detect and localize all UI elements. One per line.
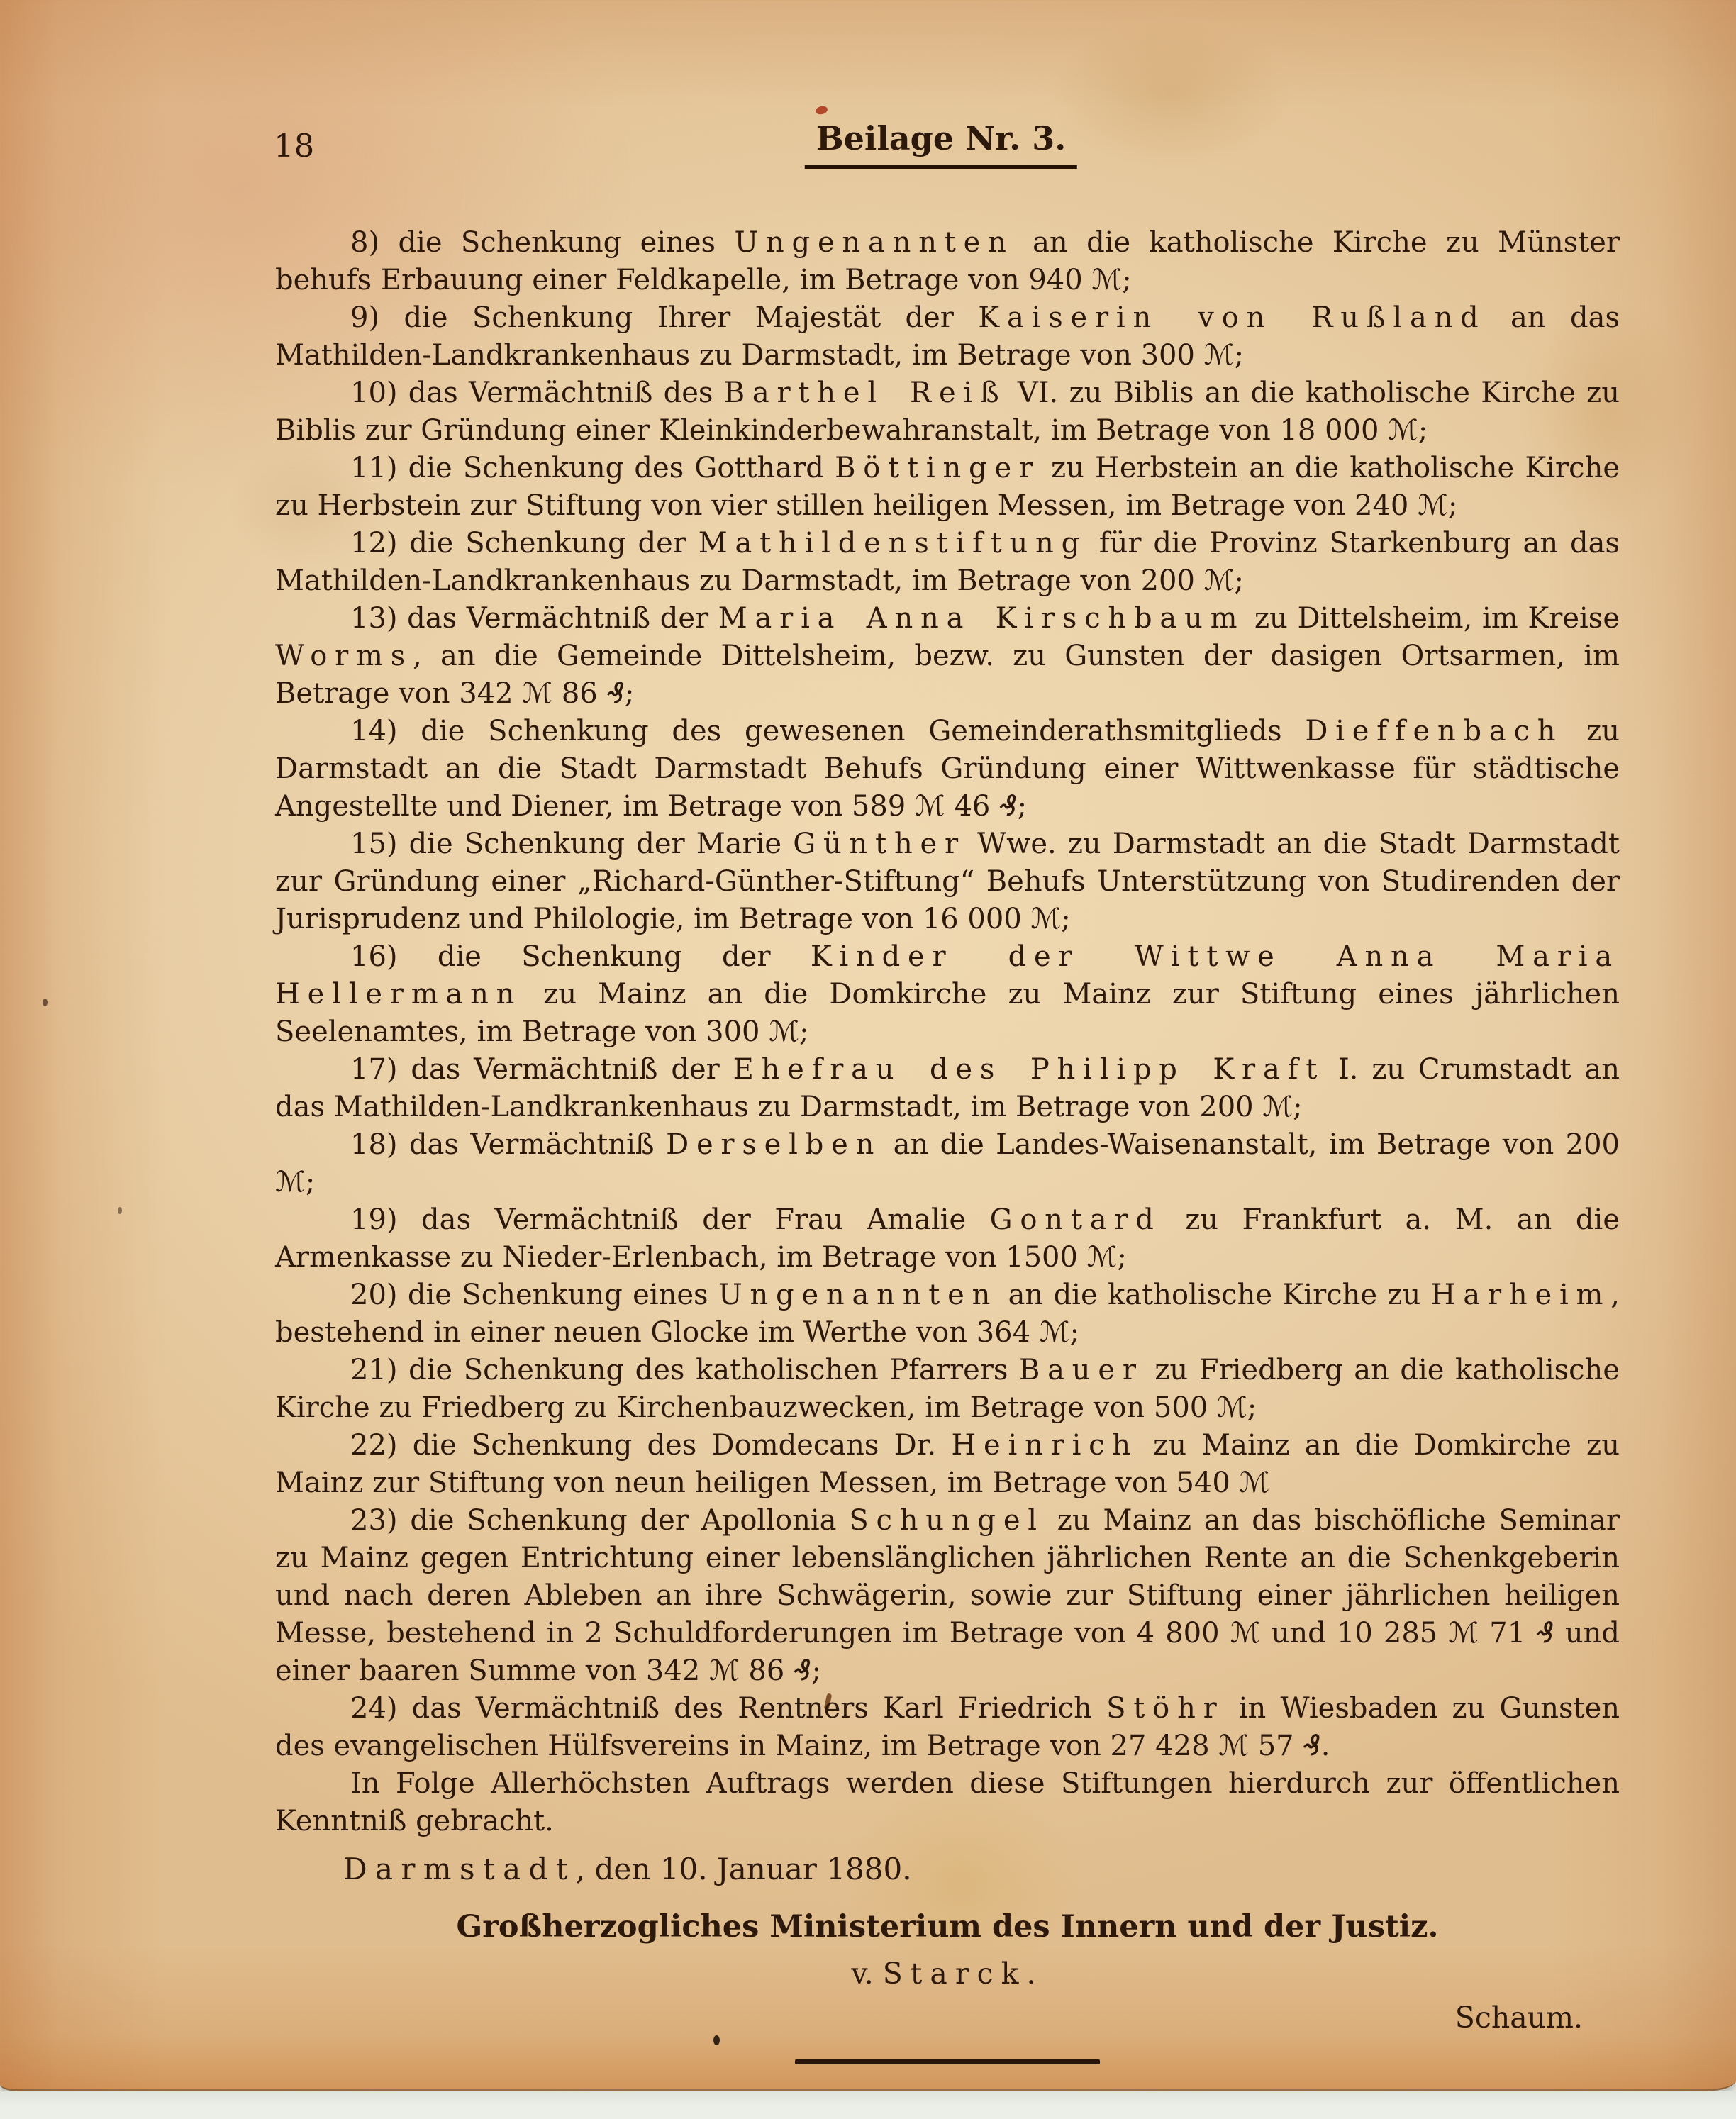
text-run: Kaiserin von Rußland: [978, 301, 1486, 334]
ministry-line: Großherzogliches Ministerium des Innern …: [275, 1909, 1620, 1945]
text-run: ℳ: [1448, 1617, 1479, 1650]
text-run: Günther: [793, 828, 966, 860]
text-run: 46: [945, 790, 999, 823]
signature-line: v. Starck.: [275, 1956, 1620, 1991]
text-run: 23) die Schenkung der Apollonia: [350, 1504, 849, 1537]
text-run: Schungel: [849, 1504, 1045, 1537]
text-run: 11) die Schenkung des Gotthard: [350, 452, 835, 484]
text-run: ₰: [999, 790, 1017, 823]
text-run: Worms: [275, 640, 413, 672]
text-run: 15) die Schenkung der Marie: [350, 828, 793, 860]
header-title: Beilage Nr. 3.: [805, 121, 1077, 169]
item-10: 10) das Vermächtniß des Barthel Reiß VI.…: [275, 374, 1620, 450]
text-run: zu Dittelsheim, im Kreise: [1245, 602, 1620, 635]
text-run: ;: [1018, 790, 1027, 823]
text-run: ₰: [606, 677, 624, 710]
text-run: ₰: [794, 1654, 811, 1687]
text-run: Böttinger: [835, 452, 1040, 484]
text-run: ;: [1418, 414, 1428, 447]
text-run: 57: [1249, 1730, 1303, 1762]
text-run: ℳ: [1204, 339, 1235, 372]
scanned-document: { "colors": { "paper": "#e9cfa6", "ink":…: [0, 0, 1736, 2119]
end-rule: [795, 2059, 1100, 2064]
item-23: 23) die Schenkung der Apollonia Schungel…: [275, 1502, 1620, 1690]
text-run: ;: [1247, 1391, 1257, 1424]
text-run: [1325, 1053, 1338, 1086]
item-19: 19) das Vermächtniß der Frau Amalie Gont…: [275, 1201, 1620, 1277]
text-run: und 10 285: [1261, 1617, 1449, 1650]
item-11: 11) die Schenkung des Gotthard Böttinger…: [275, 450, 1620, 525]
text-run: Maria Anna Kirschbaum: [718, 602, 1245, 635]
item-18: 18) das Vermächtniß Derselben an die Lan…: [275, 1126, 1620, 1201]
text-run: ℳ: [275, 1166, 306, 1198]
text-run: ;: [306, 1166, 315, 1198]
text-run: , an die Gemeinde Dittelsheim, bezw. zu …: [275, 640, 1620, 710]
countersignature-line: Schaum.: [275, 2000, 1620, 2035]
text-run: Gontard: [990, 1203, 1162, 1236]
text-run: VI.: [1018, 377, 1058, 409]
text-run: 24) das Vermächtniß des Rentners Karl Fr…: [350, 1692, 1106, 1725]
text-run: Derselben: [666, 1128, 881, 1161]
item-21: 21) die Schenkung des katholischen Pfarr…: [275, 1352, 1620, 1427]
text-run: ℳ: [1388, 414, 1418, 447]
text-run: Stöhr: [1106, 1692, 1224, 1725]
item-9: 9) die Schenkung Ihrer Majestät der Kais…: [275, 299, 1620, 374]
text-run: 13) das Vermächtniß der: [350, 602, 718, 635]
text-run: ;: [799, 1016, 808, 1048]
text-run: ₰: [1536, 1617, 1554, 1650]
text-run: 12) die Schenkung der: [350, 527, 699, 560]
text-run: ℳ: [522, 677, 552, 710]
red-ink-speck: [815, 105, 828, 116]
text-run: ℳ: [1218, 1730, 1249, 1762]
item-13: 13) das Vermächtniß der Maria Anna Kirsc…: [275, 600, 1620, 713]
text-run: v.: [851, 1957, 882, 1991]
text-run: ℳ: [1031, 903, 1062, 935]
paper-page: 18 Beilage Nr. 3. 8) die Schenkung eines…: [0, 0, 1736, 2091]
text-run: ℳ: [1230, 1617, 1261, 1650]
dateline: Darmstadt, den 10. Januar 1880.: [275, 1850, 1620, 1888]
text-run: 22) die Schenkung des Domdecans Dr.: [350, 1429, 951, 1462]
text-run: 17) das Vermächtniß der: [350, 1053, 733, 1086]
item-15: 15) die Schenkung der Marie Günther Wwe.…: [275, 825, 1620, 938]
text-run: 9) die Schenkung Ihrer Majestät der: [350, 301, 978, 334]
paper-speck: [43, 999, 48, 1006]
text-run: ℳ: [1217, 1391, 1247, 1424]
text-run: ℳ: [1091, 264, 1122, 296]
text-run: ;: [812, 1654, 821, 1687]
text-run: 20) die Schenkung eines: [350, 1279, 718, 1311]
text-run: ℳ: [1240, 1467, 1270, 1499]
text-run: ;: [1448, 489, 1457, 522]
text-run: an die Landes-Waisenanstalt, im Betrage …: [881, 1128, 1620, 1161]
text-run: ℳ: [1262, 1091, 1293, 1123]
text-run: ℳ: [1040, 1316, 1070, 1349]
text-run: Ehefrau des Philipp Kraft: [733, 1053, 1325, 1086]
item-8: 8) die Schenkung eines Ungenannten an di…: [275, 224, 1620, 299]
text-run: 14) die Schenkung des gewesenen Gemeinde…: [350, 715, 1305, 747]
text-run: ℳ: [1087, 1241, 1118, 1274]
item-20: 20) die Schenkung eines Ungenannten an d…: [275, 1277, 1620, 1352]
text-run: 21) die Schenkung des katholischen Pfarr…: [350, 1354, 1019, 1386]
text-run: 19) das Vermächtniß der Frau Amalie: [350, 1203, 990, 1236]
text-run: ;: [1234, 339, 1243, 372]
text-run: , den 10. Januar 1880.: [576, 1852, 912, 1886]
text-run: 71: [1479, 1617, 1536, 1650]
text-run: ;: [1234, 564, 1243, 597]
document-body: 8) die Schenkung eines Ungenannten an di…: [275, 224, 1620, 2064]
text-run: 10) das Vermächtniß des: [350, 377, 724, 409]
text-run: an die katholische Kirche zu: [998, 1279, 1431, 1311]
text-run: ;: [1122, 264, 1131, 296]
item-22: 22) die Schenkung des Domdecans Dr. Hein…: [275, 1427, 1620, 1502]
text-run: Starck.: [883, 1957, 1044, 1991]
text-run: Harheim: [1431, 1279, 1611, 1311]
paper-speck: [118, 1207, 122, 1214]
text-run: Ungenannten: [734, 226, 1013, 259]
text-run: ;: [625, 677, 634, 710]
text-run: 18) das Vermächtniß: [350, 1128, 666, 1161]
text-run: ℳ: [1418, 489, 1448, 522]
text-run: 16) die Schenkung der: [350, 940, 811, 973]
text-run: Ungenannten: [718, 1279, 998, 1311]
text-run: ℳ: [1204, 564, 1235, 597]
text-run: ;: [1117, 1241, 1126, 1274]
text-run: .: [1321, 1730, 1330, 1762]
closing-paragraph: In Folge Allerhöchsten Auftrags werden d…: [275, 1765, 1620, 1840]
text-run: Darmstadt: [343, 1852, 576, 1886]
item-14: 14) die Schenkung des gewesenen Gemeinde…: [275, 713, 1620, 825]
text-run: ₰: [1303, 1730, 1320, 1762]
text-run: Dieffenbach: [1305, 715, 1563, 747]
text-run: ℳ: [915, 790, 945, 823]
paper-stain: [1050, 20, 1291, 169]
item-12: 12) die Schenkung der Mathildenstiftung …: [275, 525, 1620, 600]
item-24: 24) das Vermächtniß des Rentners Karl Fr…: [275, 1690, 1620, 1765]
page-number: 18: [274, 129, 314, 163]
text-run: 86: [740, 1654, 794, 1687]
text-run: Mathildenstiftung: [699, 527, 1087, 560]
text-run: ℳ: [769, 1016, 799, 1048]
text-run: [1007, 377, 1018, 409]
text-run: ℳ: [709, 1654, 740, 1687]
text-run: ;: [1061, 903, 1070, 935]
text-run: Bauer: [1019, 1354, 1144, 1386]
scanner-background: [0, 2091, 1736, 2119]
text-run: In Folge Allerhöchsten Auftrags werden d…: [275, 1767, 1620, 1837]
item-16: 16) die Schenkung der Kinder der Wittwe …: [275, 938, 1620, 1051]
text-run: Heinrich: [951, 1429, 1138, 1462]
text-run: 86: [552, 677, 606, 710]
item-17: 17) das Vermächtniß der Ehefrau des Phil…: [275, 1051, 1620, 1126]
text-run: Barthel Reiß: [724, 377, 1007, 409]
text-run: I.: [1338, 1053, 1359, 1086]
text-run: 8) die Schenkung eines: [350, 226, 734, 259]
text-run: ;: [1070, 1316, 1079, 1349]
text-run: ;: [1293, 1091, 1302, 1123]
